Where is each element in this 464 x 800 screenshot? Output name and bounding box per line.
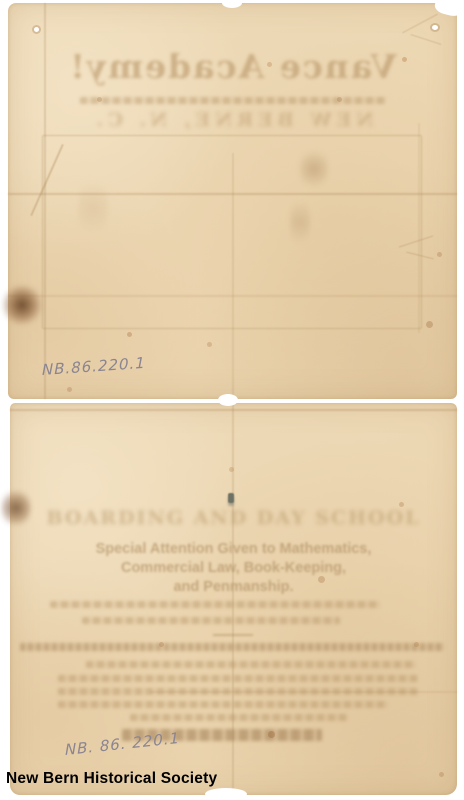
dark-mark bbox=[228, 493, 234, 503]
ghost-paragraph-line bbox=[130, 714, 348, 721]
ink-stain bbox=[1, 285, 43, 325]
ghost-illustration-smudge bbox=[300, 146, 328, 192]
ghost-headline-boarding-day-school: BOARDING AND DAY SCHOOL bbox=[10, 507, 457, 529]
archival-photo: Vance Academy! NEW BERNE, N. C. NB.86.22… bbox=[0, 0, 464, 800]
corner-crease bbox=[411, 34, 442, 45]
ghost-line-bookkeeping: Commercial Law, Book-Keeping, bbox=[10, 560, 457, 576]
foxing-spots bbox=[63, 158, 66, 161]
ghost-divider-rule bbox=[213, 634, 253, 636]
ghost-location-new-berne: NEW BERNE, N. C. bbox=[8, 109, 457, 131]
ghost-paragraph-line bbox=[86, 661, 416, 668]
paper-sheet-top: Vance Academy! NEW BERNE, N. C. NB.86.22… bbox=[8, 3, 457, 399]
ghost-illustration-smudge bbox=[290, 193, 310, 251]
pin-hole bbox=[432, 25, 438, 30]
ghost-text-line-smudge bbox=[82, 617, 340, 624]
ghost-line-penmanship: and Penmanship. bbox=[10, 579, 457, 595]
watermark-caption: New Bern Historical Society bbox=[6, 770, 217, 788]
ghost-paragraph-line bbox=[58, 675, 418, 682]
ghost-line-mathematics: Special Attention Given to Mathematics, bbox=[10, 541, 457, 557]
ghost-text-line-smudge bbox=[80, 97, 386, 104]
seam-gap-notch bbox=[218, 394, 238, 406]
ghost-title-vance-academy: Vance Academy! bbox=[8, 47, 457, 86]
torn-notch bbox=[205, 788, 247, 800]
horizontal-fold-crease bbox=[10, 409, 457, 411]
vertical-fold-crease bbox=[418, 123, 420, 333]
ghost-paragraph-line bbox=[58, 701, 388, 708]
foxing-spots bbox=[70, 443, 73, 446]
corner-crease bbox=[402, 14, 438, 34]
accession-number-top: NB.86.220.1 bbox=[42, 354, 146, 379]
ghost-paragraph-line bbox=[58, 688, 418, 695]
ghost-text-line-smudge bbox=[20, 643, 444, 651]
ghost-illustration-smudge bbox=[78, 173, 108, 243]
ghost-text-line-smudge bbox=[50, 601, 380, 608]
corner-chip bbox=[433, 0, 464, 18]
pin-hole bbox=[34, 27, 39, 32]
paper-sheet-bottom: BOARDING AND DAY SCHOOL Special Attentio… bbox=[10, 403, 457, 795]
vertical-fold-crease bbox=[44, 3, 46, 399]
torn-notch bbox=[222, 0, 242, 8]
vertical-fold-crease bbox=[232, 153, 234, 399]
